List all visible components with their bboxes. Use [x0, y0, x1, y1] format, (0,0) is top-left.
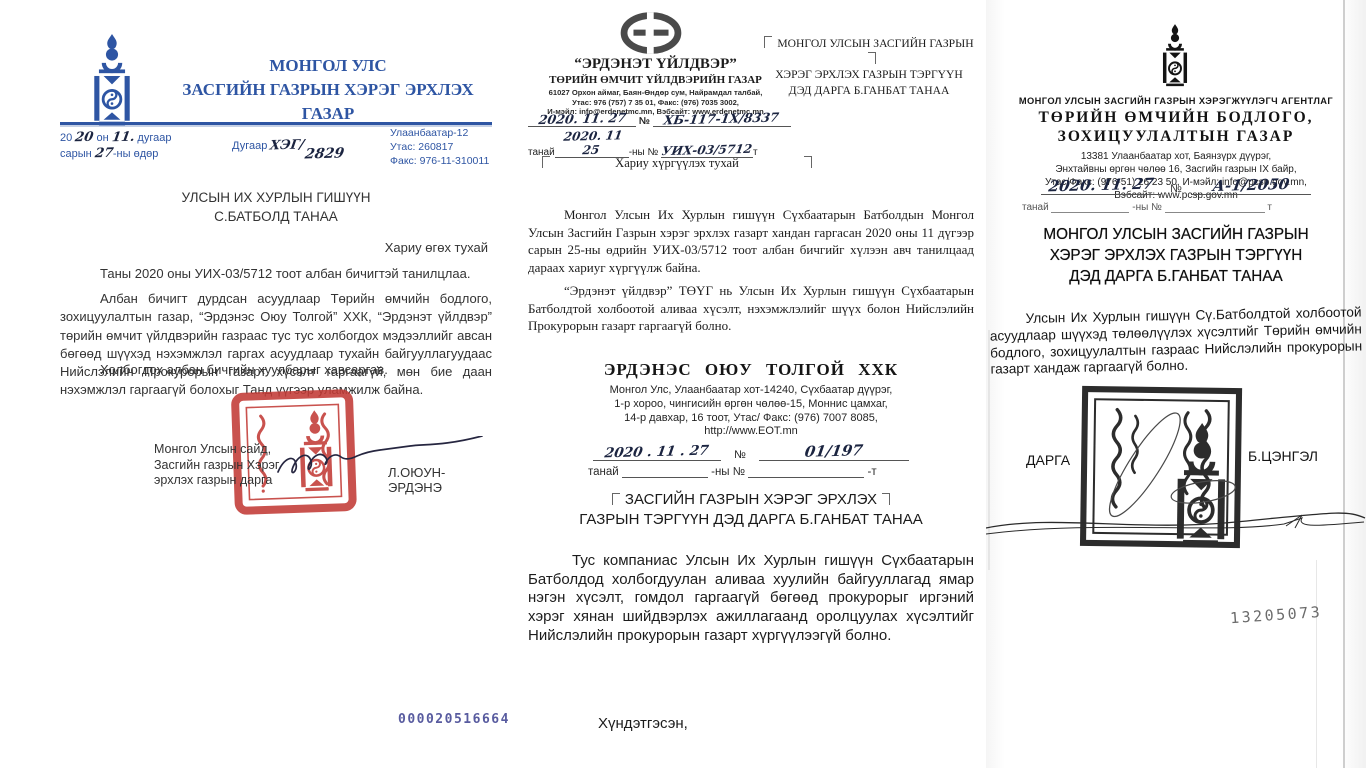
corner-bracket-left [764, 36, 772, 48]
city-line: Улаанбаатар-12 [390, 126, 500, 140]
ny-no-label: -ны № [711, 466, 745, 478]
handwritten-out-date: 2020. 11. 27 [537, 110, 627, 127]
middle-paragraph-2: “Эрдэнэт үйлдвэр” ТӨҮГ нь Улсын Их Хурлы… [528, 282, 974, 335]
org-header: МОНГОЛ УЛС ЗАСГИЙН ГАЗРЫН ХЭРЭГ ЭРХЛЭХ Г… [164, 54, 492, 126]
ny-no-label: -ны № [1132, 202, 1162, 213]
handwritten-day: 27 [94, 146, 115, 162]
letter-state-property-agency: МОНГОЛ УЛСЫН ЗАСГИЙН ГАЗРЫН ХЭРЭГЖҮҮЛЭГЧ… [986, 0, 1366, 768]
org-name-line2: ЗАСГИЙН ГАЗРЫН ХЭРЭГ ЭРХЛЭХ ГАЗАР [164, 78, 492, 126]
corner-bracket-left [542, 156, 550, 168]
org-name-line1: МОНГОЛ УЛС [164, 54, 492, 78]
eot-address-1: Монгол Улс, Улаанбаатар хот-14240, Сүхба… [528, 384, 974, 398]
corner-bracket-right [882, 493, 890, 505]
handwritten-out-no: ХБ-117-1Х/8337 [663, 110, 780, 128]
signer-name: Л.ОЮУН-ЭРДЭНЭ [388, 465, 492, 495]
middle-addressee-2: ХЭРЭГ ЭРХЛЭХ ГАЗРЫН ТЭРГҮҮН [764, 67, 974, 83]
no-label: № [1170, 183, 1182, 195]
soyombo-emblem-icon [84, 34, 140, 136]
signer-title-block: Монгол Улсын сайд, Засгийн газрын Хэрэг … [154, 442, 289, 489]
right-out-ref-line: 2020. 11. 27 № А-1/2050 [1006, 176, 1346, 195]
handwritten-month: 11. [110, 130, 135, 147]
signer-title-line2: Засгийн газрын Хэрэг [154, 458, 289, 474]
right-in-ref-line: танай -ны № т [1022, 202, 1362, 213]
signature-flourish-icon [986, 492, 1366, 553]
t-suffix: т [1267, 202, 1272, 213]
contact-block: Улаанбаатар-12 Утас: 260817 Факс: 976-11… [390, 126, 500, 168]
right-addressee-block: МОНГОЛ УЛСЫН ЗАСГИЙН ГАЗРЫН ХЭРЭГ ЭРХЛЭХ… [986, 224, 1366, 287]
handwritten-out-no: А-1/2050 [1211, 175, 1290, 195]
eot-address-3: 14-р давхар, 16 тоот, Утас/ Факс: (976) … [528, 412, 974, 426]
handwritten-in-date: 2020. 11 25 [552, 128, 631, 158]
corner-bracket-right [868, 52, 876, 64]
erdenet-address-2: Утас: 976 (757) 7 35 01, Факс: (976) 703… [528, 98, 783, 108]
right-addressee-3: ДЭД ДАРГА Б.ГАНБАТ ТАНАА [986, 266, 1366, 287]
eot-address-block: Монгол Улс, Улаанбаатар хот-14240, Сүхба… [528, 384, 974, 439]
fax-line: Факс: 976-11-310011 [390, 154, 500, 168]
eot-org-name: ЭРДЭНЭС ОЮУ ТОЛГОЙ ХХК [528, 360, 974, 380]
middle-subject: Хариу хүргүүлэх тухай [615, 156, 739, 171]
closing-line: Хүндэтгэсэн, [598, 715, 688, 732]
paragraph-2: Албан бичигт дурдсан асуудлаар Төрийн өм… [60, 290, 492, 400]
right-addressee-2: ХЭРЭГ ЭРХЛЭХ ГАЗРЫН ТЭРГҮҮН [986, 245, 1366, 266]
eot-address-4: http://www.EOT.mn [528, 425, 974, 439]
letter-erdenet-eot: “ЭРДЭНЭТ ҮЙЛДВЭР” ТӨРИЙН ӨМЧИТ ҮЙЛДВЭРИЙ… [528, 10, 974, 768]
erdenet-out-ref-line: 2020. 11. 27 № ХБ-117-1Х/8337 [528, 111, 798, 127]
number-label: Дугаар [232, 140, 267, 152]
corner-bracket-left [612, 493, 620, 505]
header-divider [60, 122, 492, 125]
stamp-number: 13205073 [1229, 603, 1322, 627]
handwritten-year: 20 [74, 130, 95, 146]
no-label: № [639, 116, 650, 127]
handwritten-number-prefix: ХЭГ/ [269, 138, 306, 154]
middle-addressee-1: МОНГОЛ УЛСЫН ЗАСГИЙН ГАЗРЫН [777, 37, 973, 50]
tanai-label: танай [1022, 202, 1049, 213]
t-suffix: -т [868, 466, 877, 478]
issue-date-block: 20 20 он 11. дугаар сарын 27-ны өдөр [60, 130, 210, 162]
middle-addressee-3: ДЭД ДАРГА Б.ГАНБАТ ТАНАА [764, 83, 974, 99]
erdenet-logo-icon [620, 12, 682, 59]
handwritten-eot-date: 2020 . 11 . 27 [604, 443, 710, 462]
scanned-documents-page: { "colors": { "header_blue": "#2e55a3", … [0, 0, 1366, 768]
eot-addressee-block: ЗАСГИЙН ГАЗРЫН ХЭРЭГ ЭРХЛЭХ ГАЗРЫН ТЭРГҮ… [528, 490, 974, 530]
eot-addressee-1: ЗАСГИЙН ГАЗРЫН ХЭРЭГ ЭРХЛЭХ [625, 491, 877, 508]
scan-fold-line [1316, 560, 1317, 768]
right-org-header: ТӨРИЙН ӨМЧИЙН БОДЛОГО, ЗОХИЦУУЛАЛТЫН ГАЗ… [986, 108, 1366, 146]
right-org-line1: ТӨРИЙН ӨМЧИЙН БОДЛОГО, [986, 108, 1366, 127]
right-signer-name: Б.ЦЭНГЭЛ [1248, 448, 1318, 464]
right-org-line2: ЗОХИЦУУЛАЛТЫН ГАЗАР [986, 127, 1366, 146]
right-signer-title: ДАРГА [1026, 452, 1070, 468]
letter-cabinet-secretariat: МОНГОЛ УЛС ЗАСГИЙН ГАЗРЫН ХЭРЭГ ЭРХЛЭХ Г… [60, 28, 492, 748]
eot-address-2: 1-р хороо, чингисийн өргөн чөлөө-15, Мон… [528, 398, 974, 412]
right-address-2: Энхтайвны өргөн чөлөө 16, Засгийн газрын… [986, 163, 1366, 176]
eot-out-ref-line: 2020 . 11 . 27 № 01/197 [558, 442, 944, 461]
eot-addressee-2: ГАЗРЫН ТЭРГҮҮН ДЭД ДАРГА Б.ГАНБАТ ТАНАА [528, 510, 974, 530]
soyombo-emblem-icon [1156, 24, 1194, 95]
paragraph-1: Таны 2020 оны УИХ-03/5712 тоот албан бич… [60, 266, 492, 281]
document-number-block: Дугаар ХЭГ/2829 [232, 138, 344, 162]
erdenet-org-sub: ТӨРИЙН ӨМЧИТ ҮЙЛДВЭРИЙН ГАЗАР [528, 74, 783, 86]
paragraph-3: Холбогдох албан бичгийн хуулбарыг хавсар… [60, 362, 492, 377]
corner-bracket-right [804, 156, 812, 168]
signer-title-line3: эрхлэх газрын дарга [154, 473, 289, 489]
erdenet-org-name: “ЭРДЭНЭТ ҮЙЛДВЭР” [528, 56, 783, 73]
handwritten-eot-no: 01/197 [804, 441, 865, 461]
agency-line: МОНГОЛ УЛСЫН ЗАСГИЙН ГАЗРЫН ХЭРЭГЖҮҮЛЭГЧ… [986, 96, 1366, 106]
eot-in-ref-line: танай -ны № -т [588, 466, 974, 478]
middle-addressee-block: МОНГОЛ УЛСЫН ЗАСГИЙН ГАЗРЫН ХЭРЭГ ЭРХЛЭХ… [764, 36, 974, 98]
subject-line: Хариу өгөх тухай [60, 240, 488, 255]
middle-subject-line: Хариу хүргүүлэх тухай [542, 156, 812, 171]
erdenet-address-1: 61027 Орхон аймаг, Баян-Өндөр сум, Найра… [528, 88, 783, 98]
handwritten-number: 2829 [303, 145, 345, 162]
middle-paragraph-1: Монгол Улсын Их Хурлын гишүүн Сүхбаатары… [528, 206, 974, 276]
no-label: № [734, 449, 746, 461]
tanai-label: танай [588, 466, 619, 478]
right-address-1: 13381 Улаанбаатар хот, Баянзүрх дүүрэг, [986, 150, 1366, 163]
addressee-line2: С.БАТБОЛД ТАНАА [60, 207, 492, 226]
addressee-block: УЛСЫН ИХ ХУРЛЫН ГИШҮҮН С.БАТБОЛД ТАНАА [60, 188, 492, 226]
addressee-line1: УЛСЫН ИХ ХУРЛЫН ГИШҮҮН [60, 188, 492, 207]
right-addressee-1: МОНГОЛ УЛСЫН ЗАСГИЙН ГАЗРЫН [986, 224, 1366, 245]
eot-paragraph: Тус компаниас Улсын Их Хурлын гишүүн Сүх… [528, 552, 974, 646]
erdenet-in-ref-line: танай2020. 11 25-ны № УИХ-03/5712т [528, 129, 798, 158]
serial-number: 000020516664 [398, 712, 510, 727]
right-paragraph: Улсын Их Хурлын гишүүн Сү.Батболдтой хол… [989, 304, 1362, 378]
signer-title-line1: Монгол Улсын сайд, [154, 442, 289, 458]
phone-line: Утас: 260817 [390, 140, 500, 154]
handwritten-out-date: 2020. 11. 27 [1047, 175, 1155, 196]
